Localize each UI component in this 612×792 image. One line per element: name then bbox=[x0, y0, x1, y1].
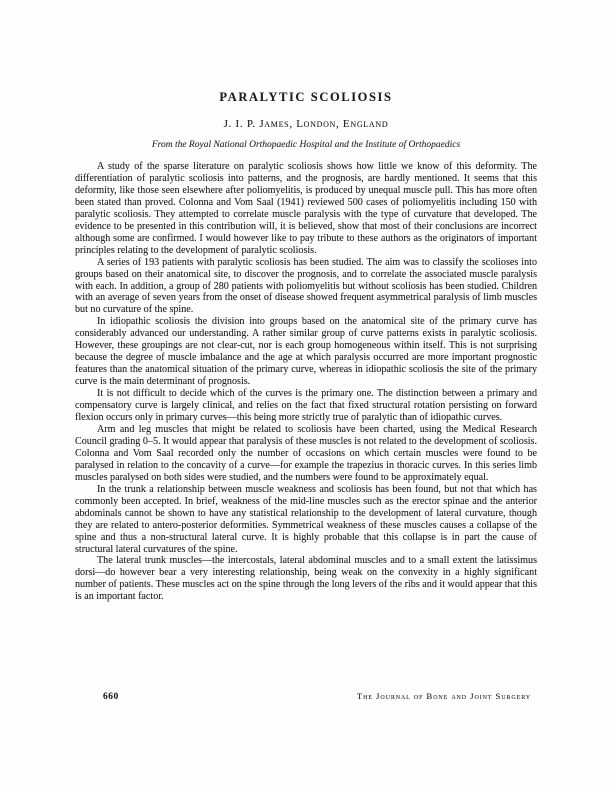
journal-page: PARALYTIC SCOLIOSIS J. I. P. James, Lond… bbox=[0, 0, 612, 792]
page-number: 660 bbox=[103, 692, 119, 702]
paragraph-5: Arm and leg muscles that might be relate… bbox=[75, 424, 537, 484]
article-byline: J. I. P. James, London, England bbox=[0, 119, 612, 130]
paragraph-2: A series of 193 patients with paralytic … bbox=[75, 257, 537, 317]
paragraph-1: A study of the sparse literature on para… bbox=[75, 161, 537, 257]
paragraph-6: In the trunk a relationship between musc… bbox=[75, 484, 537, 556]
paragraph-7: The lateral trunk muscles—the intercosta… bbox=[75, 555, 537, 603]
paragraph-4: It is not difficult to decide which of t… bbox=[75, 388, 537, 424]
article-affiliation: From the Royal National Orthopaedic Hosp… bbox=[0, 140, 612, 150]
article-body: A study of the sparse literature on para… bbox=[75, 161, 537, 603]
paragraph-3: In idiopathic scoliosis the division int… bbox=[75, 316, 537, 388]
journal-name: The Journal of Bone and Joint Surgery bbox=[357, 691, 531, 701]
article-title: PARALYTIC SCOLIOSIS bbox=[0, 0, 612, 104]
page-footer: 660 The Journal of Bone and Joint Surger… bbox=[75, 691, 537, 702]
